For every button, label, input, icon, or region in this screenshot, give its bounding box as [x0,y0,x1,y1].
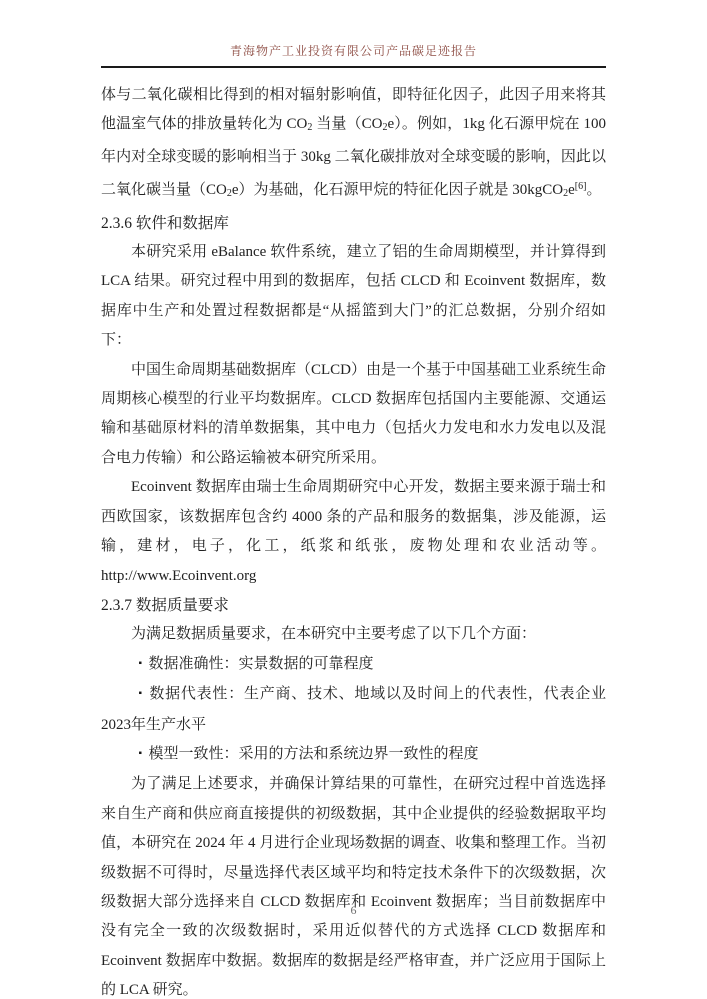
text-run: 数据代表性：生产商、技术、地域以及时间上的代表性，代表企业2023年生产水平 [101,686,606,732]
document-body: 体与二氧化碳相比得到的相对辐射影响值，即特征化因子，此因子用来将其他温室气体的排… [101,81,606,999]
text-run: 中国生命周期基础数据库（CLCD）由是一个基于中国基础工业系统生命周期核心模型的… [101,362,606,466]
text-run: 为了满足上述要求，并确保计算结果的可靠性，在研究过程中首选选择来自生产商和供应商… [101,776,606,998]
page-footer: 6 [0,903,707,918]
text-run: 为满足数据质量要求，在本研究中主要考虑了以下几个方面： [131,626,536,642]
bullet-item: ▪数据准确性：实景数据的可靠程度 [101,650,606,680]
text-run: e）为基础，化石源甲烷的特征化因子就是 30kgCO [232,182,563,198]
bullet-square-icon: ▪ [139,748,143,759]
body-paragraph: 体与二氧化碳相比得到的相对辐射影响值，即特征化因子，此因子用来将其他温室气体的排… [101,81,606,209]
page-number: 6 [351,903,357,917]
section-heading: 2.3.6 软件和数据库 [101,209,606,238]
text-run: 本研究采用 eBalance 软件系统，建立了铝的生命周期模型，并计算得到 LC… [101,244,606,348]
bullet-square-icon: ▪ [139,688,143,699]
bullet-square-icon: ▪ [139,658,143,669]
header-title: 青海物产工业投资有限公司产品碳足迹报告 [101,44,606,58]
body-paragraph: 为了满足上述要求，并确保计算结果的可靠性，在研究过程中首选选择来自生产商和供应商… [101,770,606,999]
page-header: 青海物产工业投资有限公司产品碳足迹报告 [101,44,606,68]
text-run: 模型一致性：采用的方法和系统边界一致性的程度 [149,746,479,762]
text-run-sup: [6] [575,181,587,192]
text-run: Ecoinvent 数据库由瑞士生命周期研究中心开发，数据主要来源于瑞士和西欧国… [101,479,606,583]
text-run: 。 [586,182,601,198]
body-paragraph: Ecoinvent 数据库由瑞士生命周期研究中心开发，数据主要来源于瑞士和西欧国… [101,473,606,591]
text-run: e [568,182,575,198]
bullet-item: ▪数据代表性：生产商、技术、地域以及时间上的代表性，代表企业2023年生产水平 [101,680,606,740]
section-heading: 2.3.7 数据质量要求 [101,591,606,620]
body-paragraph: 本研究采用 eBalance 软件系统，建立了铝的生命周期模型，并计算得到 LC… [101,238,606,356]
page-content-area: 青海物产工业投资有限公司产品碳足迹报告 体与二氧化碳相比得到的相对辐射影响值，即… [101,0,606,999]
text-run: 数据准确性：实景数据的可靠程度 [149,656,374,672]
body-paragraph: 中国生命周期基础数据库（CLCD）由是一个基于中国基础工业系统生命周期核心模型的… [101,356,606,474]
text-run: 当量（CO [312,116,382,132]
body-paragraph: 为满足数据质量要求，在本研究中主要考虑了以下几个方面： [101,620,606,649]
document-page: 青海物产工业投资有限公司产品碳足迹报告 体与二氧化碳相比得到的相对辐射影响值，即… [0,0,707,999]
bullet-item: ▪模型一致性：采用的方法和系统边界一致性的程度 [101,740,606,770]
